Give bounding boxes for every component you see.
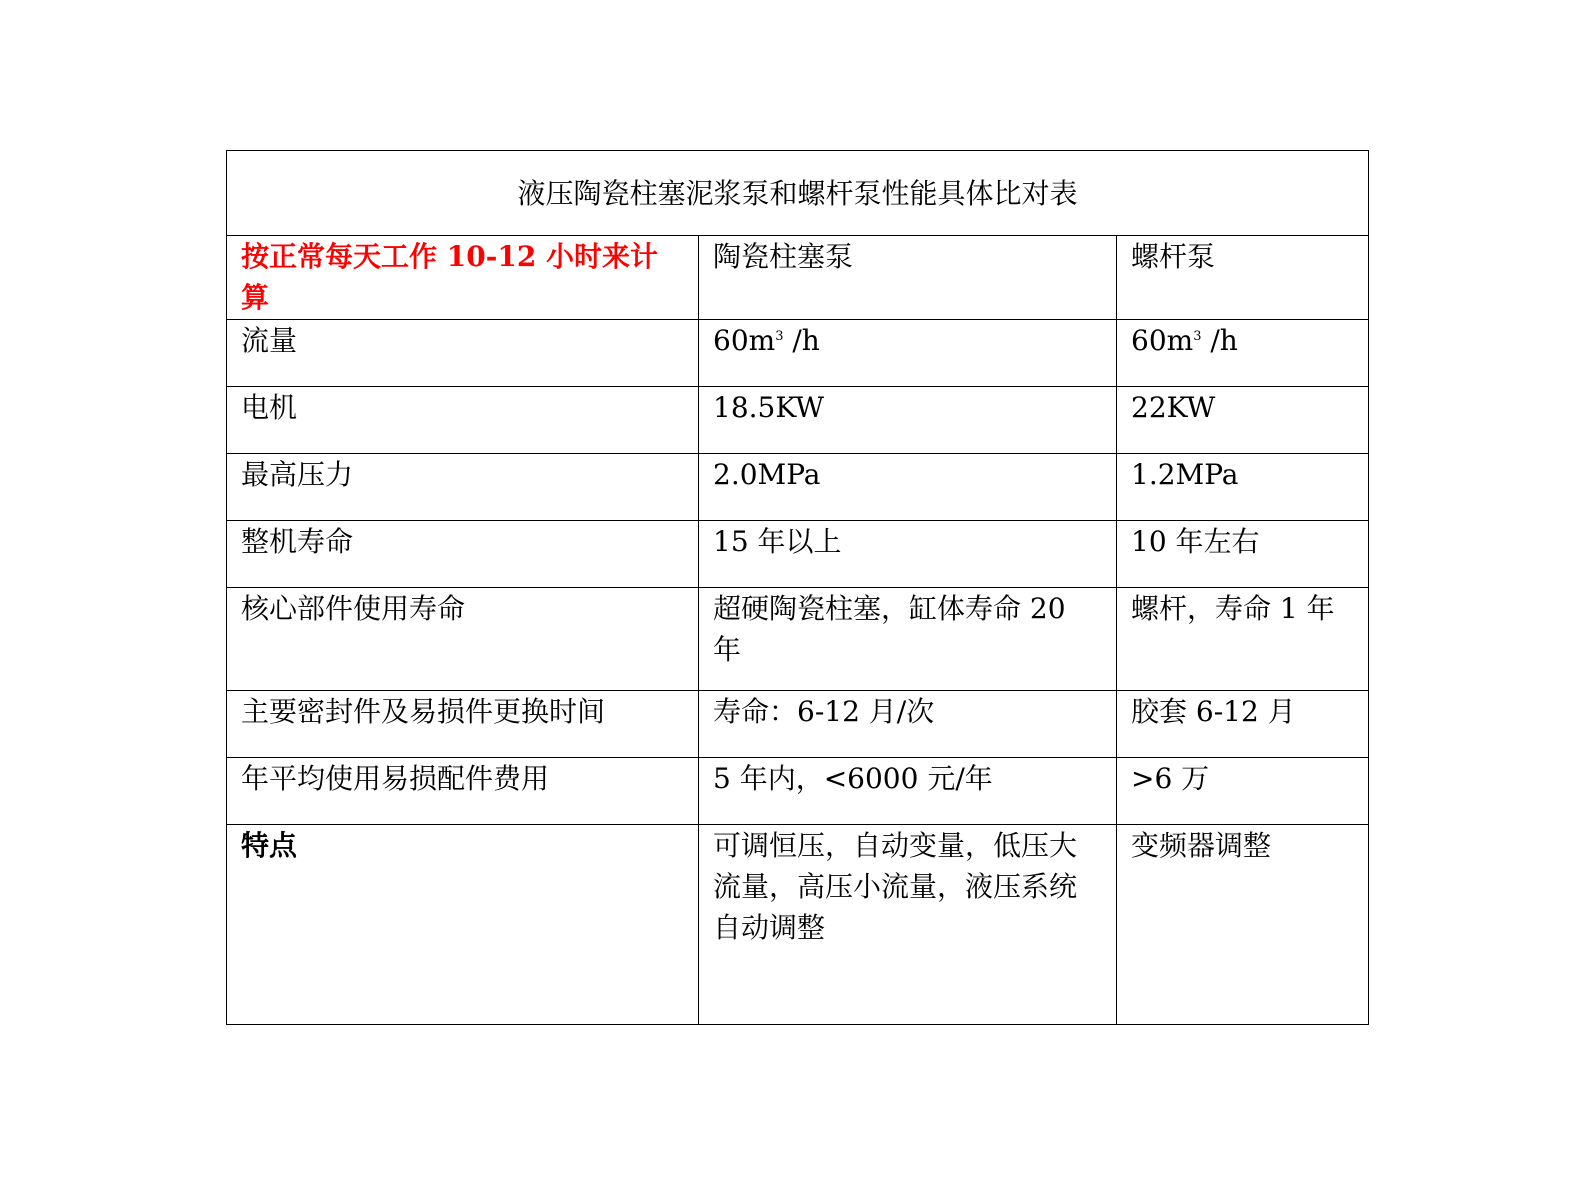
table-row: 流量 60m3 /h 60m3 /h [227,320,1369,387]
table-row: 最高压力 2.0MPa 1.2MPa [227,454,1369,521]
cell-ceramic: 2.0MPa [699,454,1117,521]
title-row: 液压陶瓷柱塞泥浆泵和螺杆泵性能具体比对表 [227,151,1369,236]
cell-screw: 22KW [1117,387,1369,454]
cell-screw: 胶套 6-12 月 [1117,691,1369,758]
row-label: 特点 [227,825,699,1025]
comparison-table: 液压陶瓷柱塞泥浆泵和螺杆泵性能具体比对表 按正常每天工作 10-12 小时来计算… [226,150,1369,1025]
cell-screw: 1.2MPa [1117,454,1369,521]
cell-ceramic: 超硬陶瓷柱塞，缸体寿命 20 年 [699,588,1117,691]
document-page: 液压陶瓷柱塞泥浆泵和螺杆泵性能具体比对表 按正常每天工作 10-12 小时来计算… [0,0,1587,1178]
table-row: 年平均使用易损配件费用 5 年内，<6000 元/年 >6 万 [227,758,1369,825]
cell-screw: >6 万 [1117,758,1369,825]
header-row: 按正常每天工作 10-12 小时来计算 陶瓷柱塞泵 螺杆泵 [227,236,1369,320]
cell-ceramic: 15 年以上 [699,521,1117,588]
row-label: 电机 [227,387,699,454]
row-label: 主要密封件及易损件更换时间 [227,691,699,758]
cell-ceramic: 可调恒压，自动变量，低压大流量，高压小流量，液压系统自动调整 [699,825,1117,1025]
cell-ceramic: 寿命：6-12 月/次 [699,691,1117,758]
flow-screw: 60m3 /h [1117,320,1369,387]
table-row: 整机寿命 15 年以上 10 年左右 [227,521,1369,588]
cell-screw: 螺杆，寿命 1 年 [1117,588,1369,691]
cell-screw: 变频器调整 [1117,825,1369,1025]
table-row: 电机 18.5KW 22KW [227,387,1369,454]
flow-ceramic: 60m3 /h [699,320,1117,387]
row-label: 流量 [227,320,699,387]
row-label: 整机寿命 [227,521,699,588]
row-label: 最高压力 [227,454,699,521]
cell-ceramic: 18.5KW [699,387,1117,454]
header-screw-pump: 螺杆泵 [1117,236,1369,320]
table-row: 特点 可调恒压，自动变量，低压大流量，高压小流量，液压系统自动调整 变频器调整 [227,825,1369,1025]
table-row: 主要密封件及易损件更换时间 寿命：6-12 月/次 胶套 6-12 月 [227,691,1369,758]
table-title: 液压陶瓷柱塞泥浆泵和螺杆泵性能具体比对表 [227,151,1369,236]
cell-screw: 10 年左右 [1117,521,1369,588]
table-row: 核心部件使用寿命 超硬陶瓷柱塞，缸体寿命 20 年 螺杆，寿命 1 年 [227,588,1369,691]
row-label: 核心部件使用寿命 [227,588,699,691]
row-label: 年平均使用易损配件费用 [227,758,699,825]
header-ceramic-pump: 陶瓷柱塞泵 [699,236,1117,320]
cell-ceramic: 5 年内，<6000 元/年 [699,758,1117,825]
condition-note: 按正常每天工作 10-12 小时来计算 [227,236,699,320]
